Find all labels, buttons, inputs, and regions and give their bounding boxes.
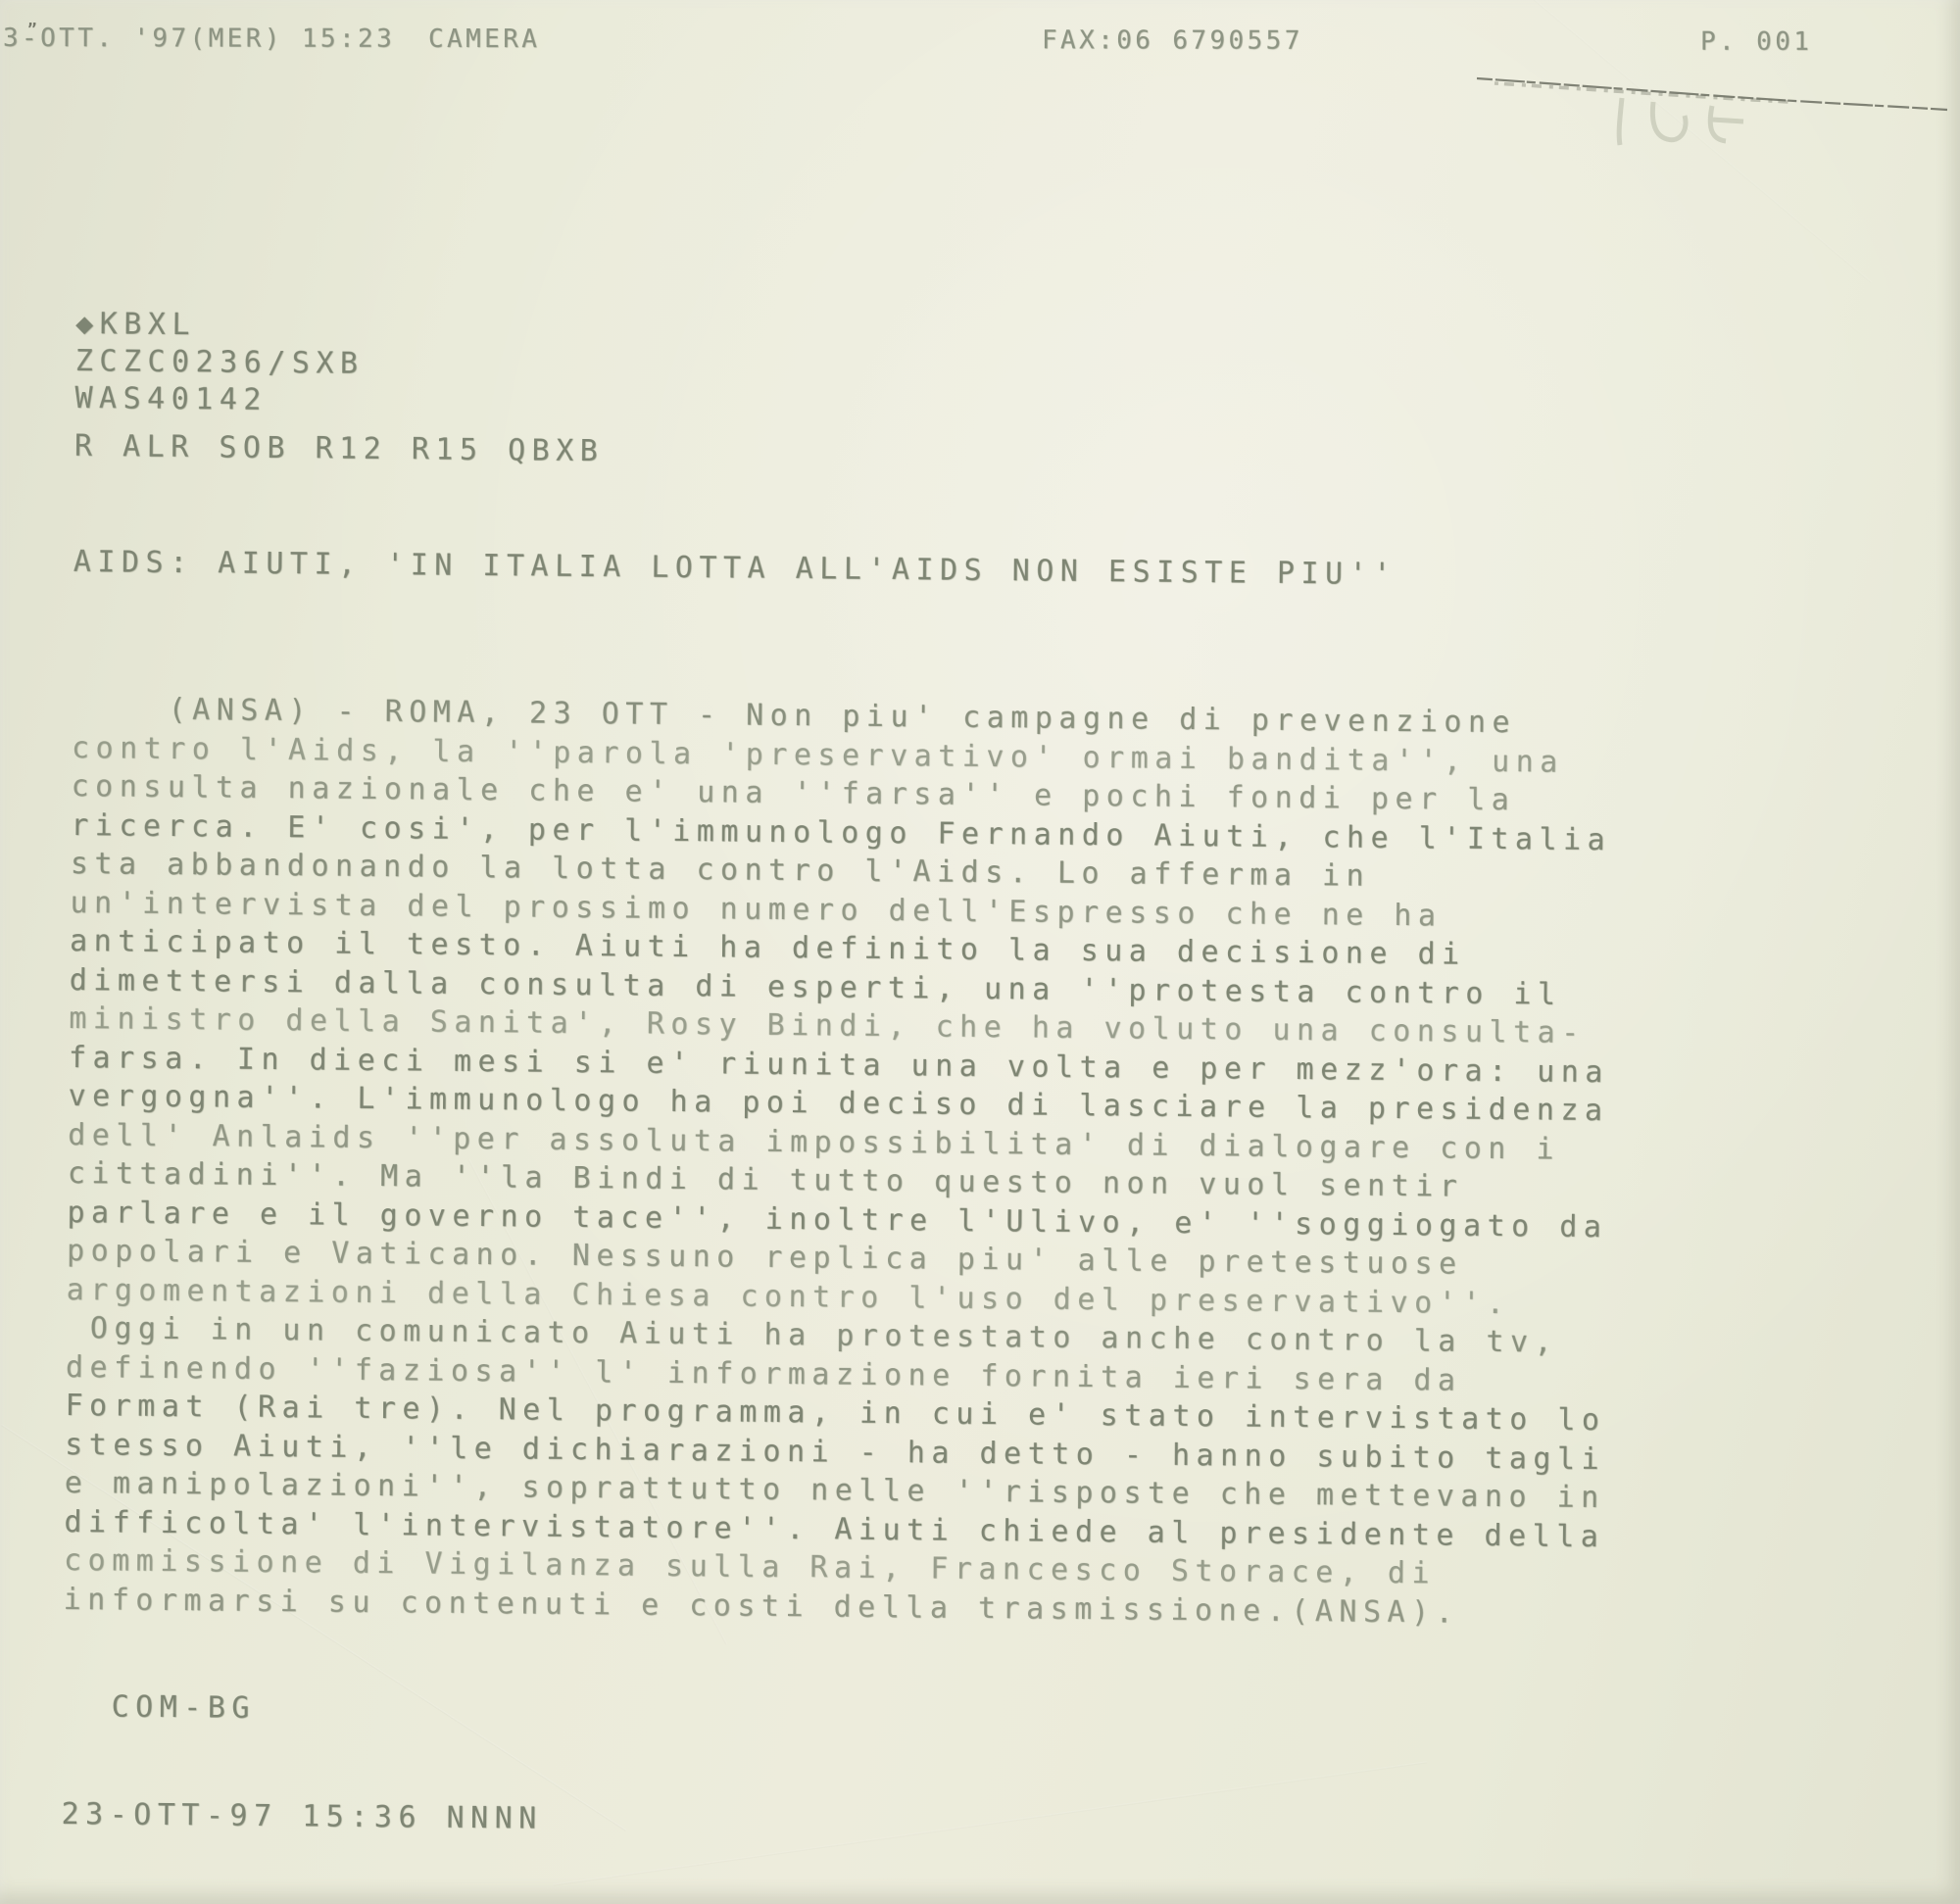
pencil-smudge bbox=[1619, 98, 1743, 145]
wire-closing-line: 23-OTT-97 15:36 NNNN bbox=[61, 1794, 1884, 1850]
fax-header-sender: CAMERA bbox=[428, 24, 540, 54]
fax-header-page-number: P. 001 bbox=[1700, 27, 1812, 57]
article-body: (ANSA) - ROMA, 23 OTT - Non piu' campagn… bbox=[63, 690, 1894, 1636]
wire-headline: AIDS: AIUTI, 'IN ITALIA LOTTA ALL'AIDS N… bbox=[73, 544, 1896, 599]
telegram-text: ◆KBXLZCZC0236/SXBWAS40142R ALR SOB R12 R… bbox=[61, 237, 1899, 1885]
pen-scratch-mark bbox=[1465, 57, 1960, 165]
wire-routing-block: ◆KBXLZCZC0236/SXBWAS40142R ALR SOB R12 R… bbox=[74, 306, 1898, 483]
wire-routing-line: R ALR SOB R12 R15 QBXB bbox=[74, 428, 1897, 483]
fax-header-number: FAX:06 6790557 bbox=[1042, 25, 1303, 56]
wire-sign-off: COM-BG bbox=[62, 1687, 1885, 1743]
fax-header-datetime: 3-OTT. '97(MER) 15:23 bbox=[3, 24, 395, 54]
